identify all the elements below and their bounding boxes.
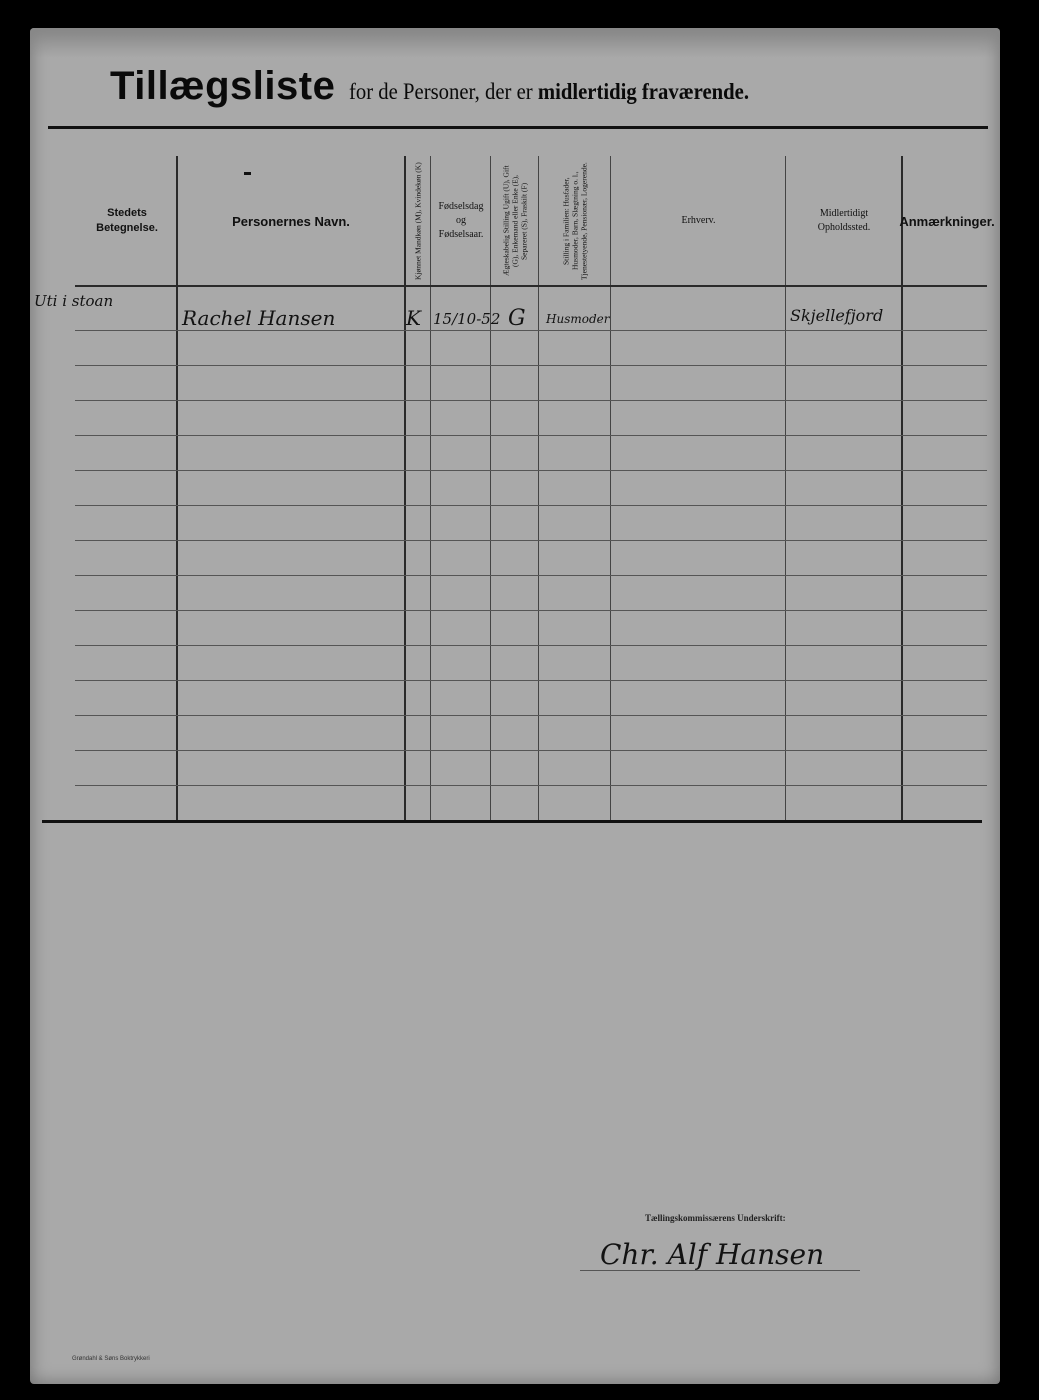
row-line xyxy=(75,435,987,436)
header-midlertidigt-opholdssted: Midlertidigt Opholdssted. xyxy=(787,158,901,284)
title-subtitle: for de Personer, der er midlertidig frav… xyxy=(349,79,749,105)
row-line xyxy=(75,575,987,576)
header-fodselsdag: Fødselsdag og Fødselsaar. xyxy=(432,158,490,284)
cell-midlertidigt-opholdssted: Skjellefjord xyxy=(790,306,883,325)
row-line xyxy=(75,610,987,611)
header-aegteskabelig-stilling: Ægteskabelig Stilling Ugift (U), Gift (G… xyxy=(492,160,538,282)
header-erhverv: Erhverv. xyxy=(612,158,785,284)
row-line xyxy=(75,470,987,471)
header-personernes-navn: Personernes Navn. xyxy=(178,158,404,284)
signature-line xyxy=(580,1270,860,1271)
header-anmaerkninger: Anmærkninger. xyxy=(903,158,991,284)
title-main: Tillægsliste xyxy=(110,64,335,108)
col-divider xyxy=(538,156,539,820)
bottom-rule xyxy=(42,820,982,823)
signature-label: Tællingskommissærens Underskrift: xyxy=(645,1213,786,1223)
row-line xyxy=(75,330,987,331)
form-title: Tillægsliste for de Personer, der er mid… xyxy=(110,64,794,109)
row-line xyxy=(75,365,987,366)
header-rule xyxy=(75,285,987,287)
header-stedets-betegnelse: Stedets Betegnelse. xyxy=(80,158,174,284)
cell-aegteskabelig-stilling: G xyxy=(508,306,526,331)
row-line xyxy=(75,400,987,401)
row-line xyxy=(75,715,987,716)
header-kjonnet: Kjønnet Mandkøn (M), Kvindekøn (K) xyxy=(406,160,430,282)
row-line xyxy=(75,750,987,751)
col-divider xyxy=(610,156,611,820)
col-divider xyxy=(490,156,491,820)
signature-value: Chr. Alf Hansen xyxy=(600,1238,824,1271)
cell-stilling-i-familien: Husmoder xyxy=(546,312,609,326)
header-stilling-i-familien: Stilling i Familien: Husfader, Husmoder,… xyxy=(540,160,610,282)
cell-stedets-betegnelse: Uti i stoan xyxy=(34,292,113,310)
row-line xyxy=(75,540,987,541)
cell-personernes-navn: Rachel Hansen xyxy=(182,306,335,330)
col-divider xyxy=(430,156,431,820)
col-divider xyxy=(785,156,786,820)
top-rule xyxy=(48,126,988,129)
cell-kjonnet: K xyxy=(406,306,421,330)
row-line xyxy=(75,645,987,646)
row-line xyxy=(75,505,987,506)
cell-fodselsdag: 15/10-52 xyxy=(433,310,500,328)
row-line xyxy=(75,680,987,681)
row-line xyxy=(75,785,987,786)
printer-mark: Grøndahl & Søns Boktrykkeri xyxy=(72,1356,150,1362)
